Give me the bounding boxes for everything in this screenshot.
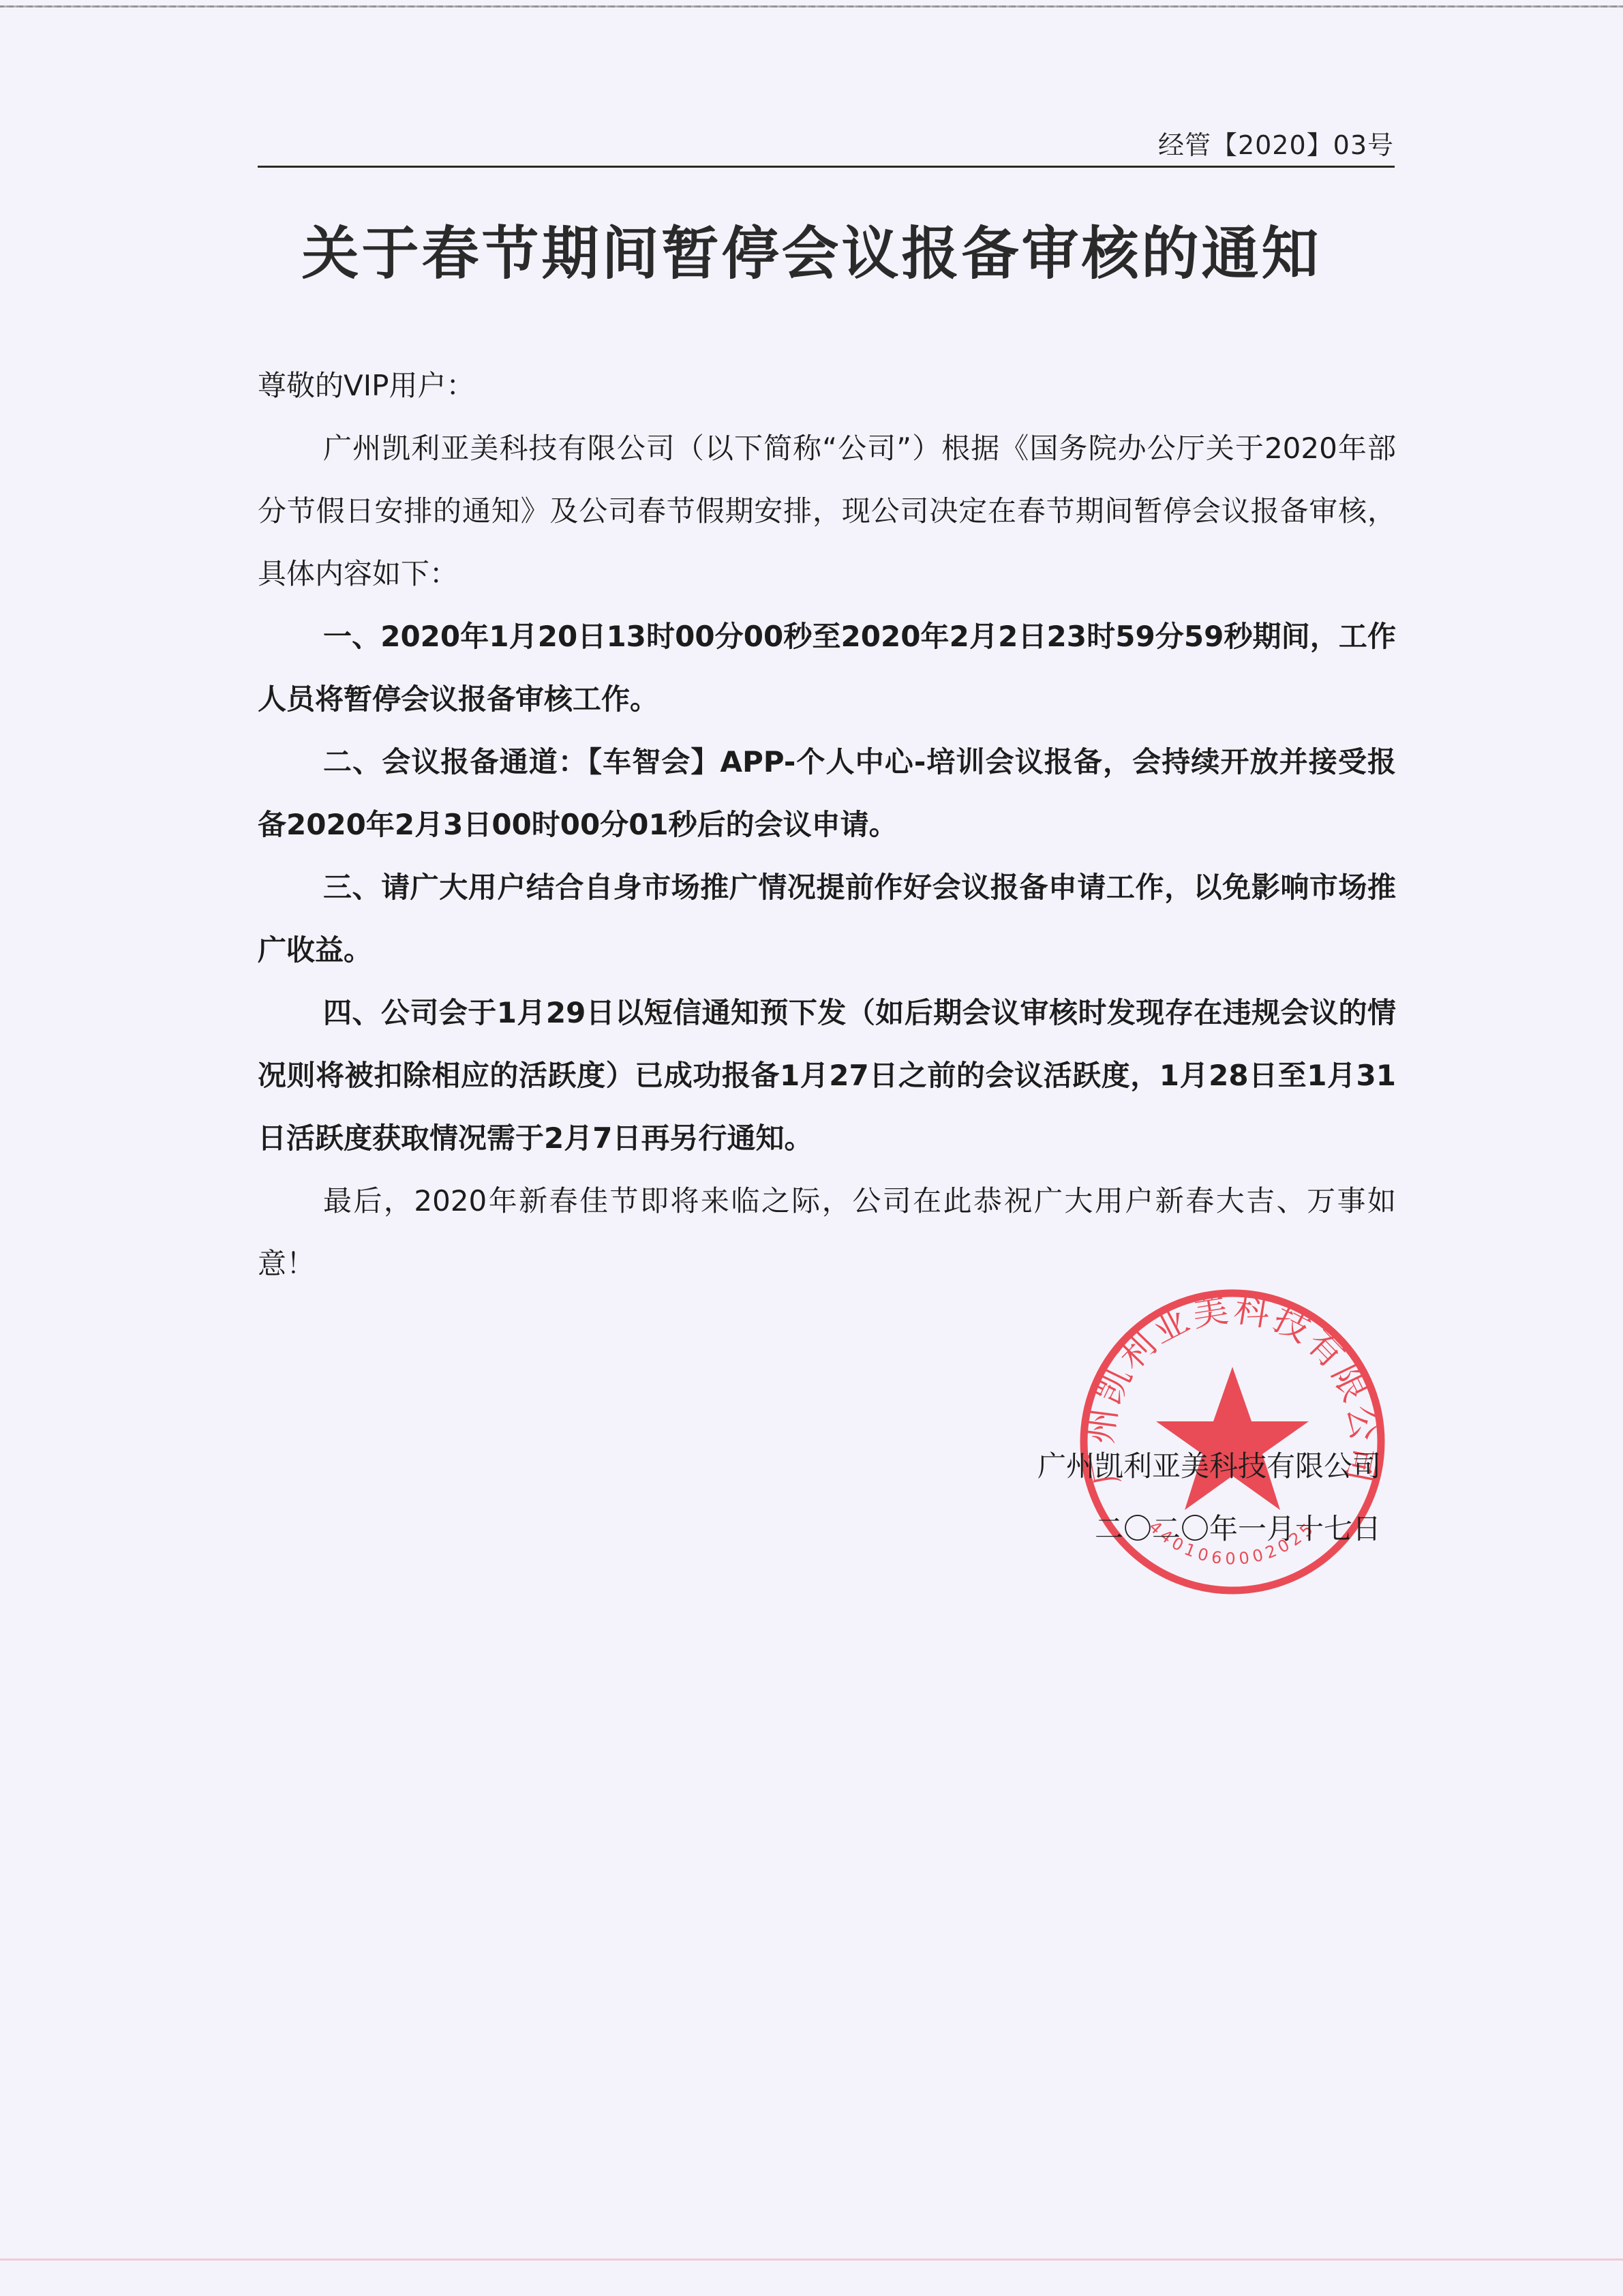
signature-date: 二〇二〇年一月十七日 [1037, 1498, 1381, 1560]
header-divider [258, 166, 1395, 168]
scan-edge-bottom [0, 2259, 1623, 2261]
paragraph-intro: 广州凯利亚美科技有限公司（以下简称“公司”）根据《国务院办公厅关于2020年部分… [258, 417, 1396, 605]
paragraph-closing: 最后，2020年新春佳节即将来临之际，公司在此恭祝广大用户新春大吉、万事如意！ [258, 1170, 1396, 1295]
paragraph-item-2: 二、会议报备通道：【车智会】APP-个人中心-培训会议报备，会持续开放并接受报备… [258, 731, 1396, 856]
salutation: 尊敬的VIP用户： [258, 354, 1396, 417]
document-body: 尊敬的VIP用户： 广州凯利亚美科技有限公司（以下简称“公司”）根据《国务院办公… [258, 354, 1396, 1295]
paragraph-item-1: 一、2020年1月20日13时00分00秒至2020年2月2日23时59分59秒… [258, 605, 1396, 731]
document-title: 关于春节期间暂停会议报备审核的通知 [0, 208, 1623, 290]
signature-block: 广州凯利亚美科技有限公司 二〇二〇年一月十七日 [1037, 1435, 1381, 1560]
signature-company: 广州凯利亚美科技有限公司 [1037, 1435, 1381, 1498]
document-number: 经管【2020】03号 [1158, 124, 1394, 162]
paragraph-item-4: 四、公司会于1月29日以短信通知预下发（如后期会议审核时发现存在违规会议的情况则… [258, 982, 1396, 1170]
paragraph-item-3: 三、请广大用户结合自身市场推广情况提前作好会议报备申请工作，以免影响市场推广收益… [258, 856, 1396, 982]
scan-edge-top [0, 5, 1623, 7]
